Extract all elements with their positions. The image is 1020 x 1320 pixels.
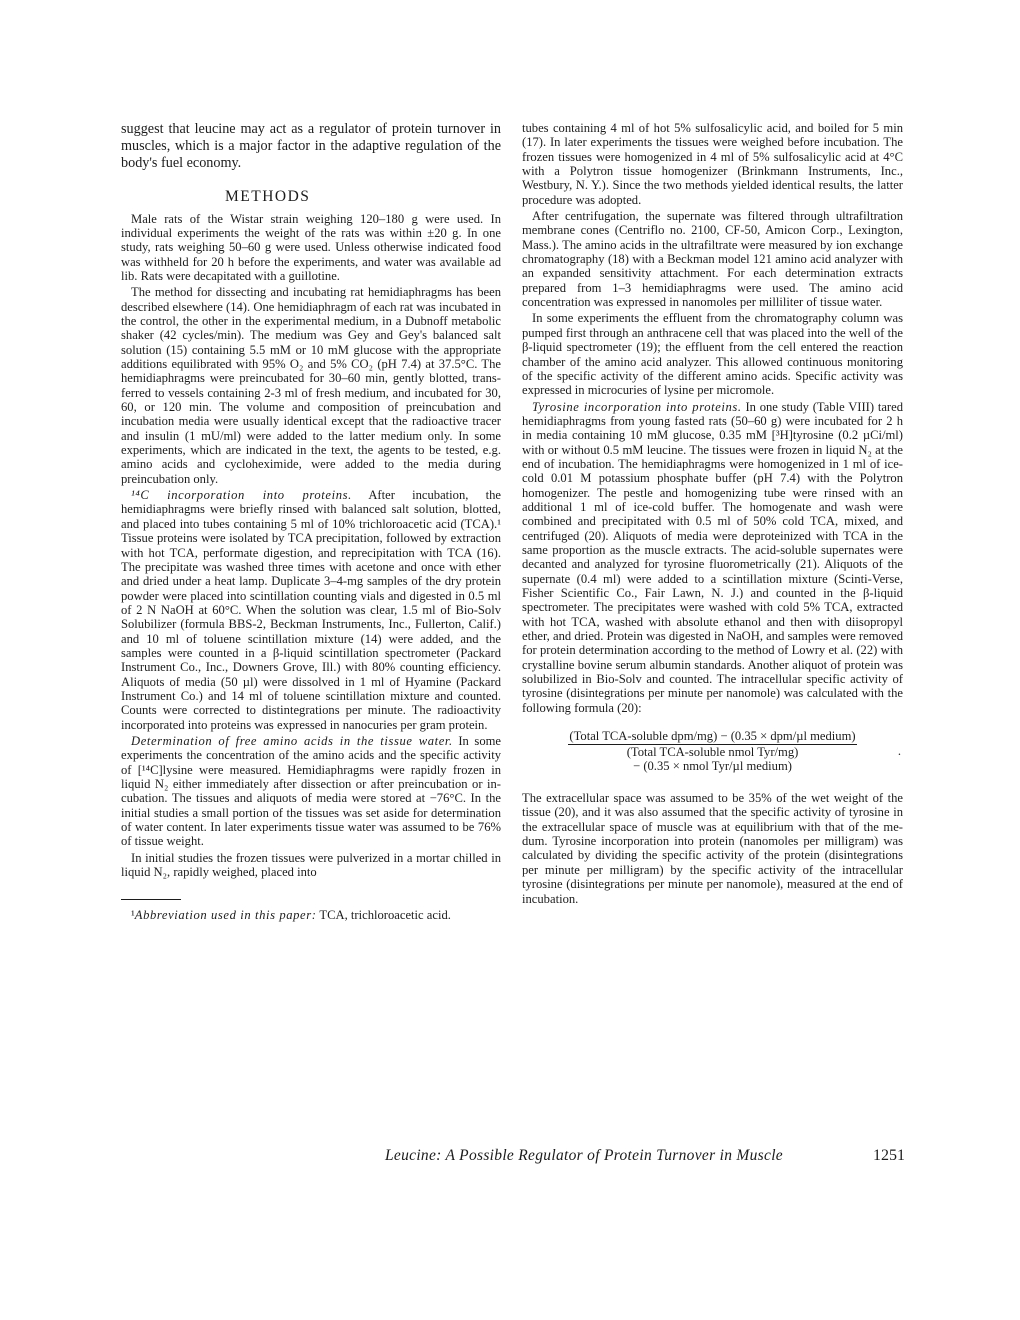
run-in-heading-c14: ¹⁴C incorporation into proteins. bbox=[131, 488, 352, 502]
page-number: 1251 bbox=[873, 1147, 905, 1165]
paragraph-tyrosine-incorporation: Tyrosine incorporation into proteins. In… bbox=[522, 400, 903, 716]
formula-period: . bbox=[898, 744, 901, 758]
paragraph-body: In some experiments the concentration of… bbox=[121, 734, 501, 848]
run-in-heading-tyrosine: Tyrosine incorporation into proteins. bbox=[532, 400, 742, 414]
paragraph-centrifugation: After centrifugation, the supernate was … bbox=[522, 209, 903, 309]
footnote-divider bbox=[121, 899, 181, 900]
paragraph-c14-incorporation: ¹⁴C incorporation into proteins. After i… bbox=[121, 488, 501, 732]
footnote-text: TCA, trichloroacetic acid. bbox=[317, 908, 451, 922]
paragraph-body: In one study (Table VIII) tared hemidiap… bbox=[522, 400, 903, 715]
paragraph-incubation-method: The method for dissecting and incubating… bbox=[121, 285, 501, 486]
right-column: tubes containing 4 ml of hot 5% sulfosal… bbox=[522, 121, 903, 906]
left-column: suggest that leucine may act as a regula… bbox=[121, 121, 501, 922]
paragraph-animals: Male rats of the Wistar strain weighing … bbox=[121, 212, 501, 284]
footnote-1: ¹Abbreviation used in this paper: TCA, t… bbox=[121, 908, 501, 922]
run-in-heading-free-amino-acids: Determination of free amino acids in the… bbox=[131, 734, 453, 748]
intro-paragraph: suggest that leucine may act as a regula… bbox=[121, 121, 501, 173]
specific-activity-formula: (Total TCA-soluble dpm/mg) − (0.35 × dpm… bbox=[522, 729, 903, 773]
paragraph-extracellular-space: The extracellular space was assumed to b… bbox=[522, 791, 903, 906]
formula-numerator: (Total TCA-soluble dpm/mg) − (0.35 × dpm… bbox=[568, 729, 856, 745]
formula-denominator-line1: (Total TCA-soluble nmol Tyr/mg) bbox=[522, 745, 903, 759]
paragraph-tissue-extraction: tubes containing 4 ml of hot 5% sulfosal… bbox=[522, 121, 903, 207]
footnote-label: Abbreviation used in this paper: bbox=[135, 908, 317, 922]
paragraph-chromatography-effluent: In some experiments the effluent from th… bbox=[522, 311, 903, 397]
paragraph-initial-studies: In initial studies the frozen tissues we… bbox=[121, 851, 501, 880]
running-title: Leucine: A Possible Regulator of Protein… bbox=[385, 1147, 783, 1164]
running-footer: Leucine: A Possible Regulator of Protein… bbox=[385, 1147, 905, 1165]
formula-denominator-line2: − (0.35 × nmol Tyr/µl medium) bbox=[522, 759, 903, 773]
section-heading-methods: METHODS bbox=[121, 187, 501, 207]
paragraph-free-amino-acids: Determination of free amino acids in the… bbox=[121, 734, 501, 849]
paragraph-body: After incubation, the hemidiaphragms wer… bbox=[121, 488, 501, 732]
